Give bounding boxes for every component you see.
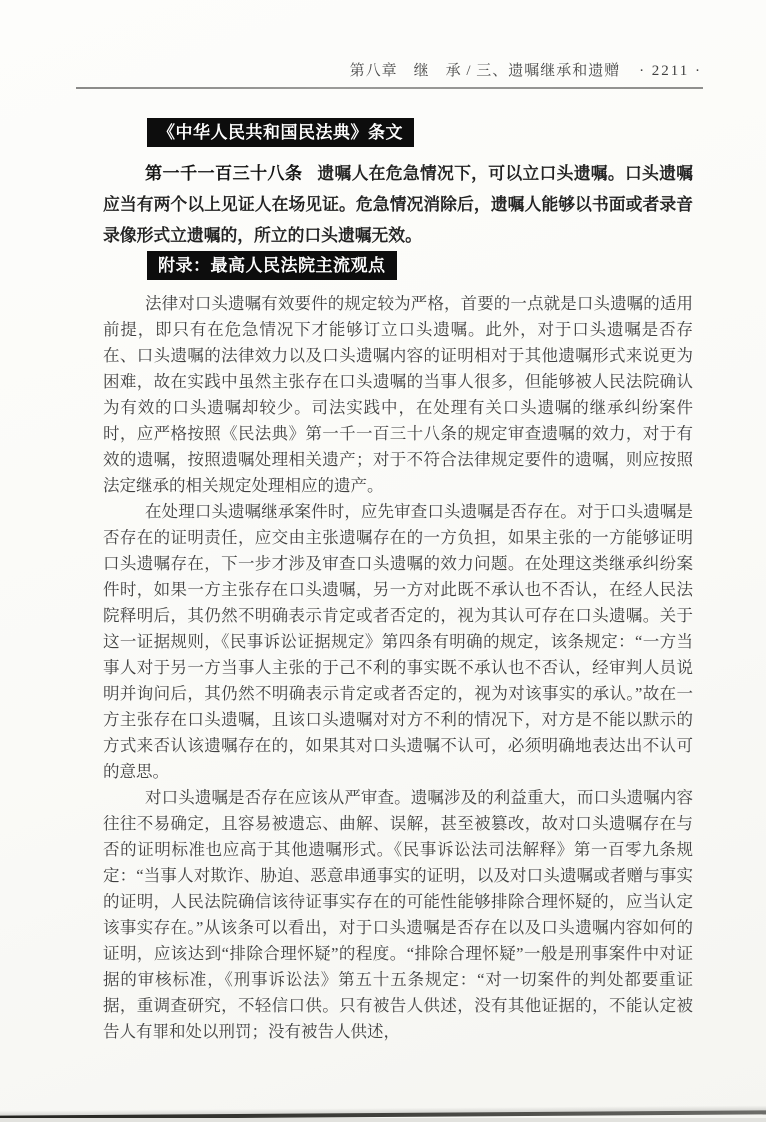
running-header: 第八章 继 承 / 三、遗嘱继承和遗赠 · 2211 ·	[78, 59, 702, 80]
scanned-page: 第八章 继 承 / 三、遗嘱继承和遗赠 · 2211 · 《中华人民共和国民法典…	[0, 0, 766, 1122]
chapter-title: 第八章 继 承 / 三、遗嘱继承和遗赠	[350, 63, 621, 79]
header-rule	[76, 87, 703, 89]
appendix-paragraph-3: 对口头遗嘱是否存在应该从严审查。遗嘱涉及的利益重大，而口头遗嘱内容往往不易确定，…	[103, 785, 693, 1045]
appendix-paragraph-1: 法律对口头遗嘱有效要件的规定较为严格，首要的一点就是口头遗嘱的适用前提，即只有在…	[103, 291, 693, 499]
appendix-banner: 附录：最高人民法院主流观点	[147, 251, 397, 280]
article-paragraph: 第一千一百三十八条遗嘱人在危急情况下，可以立口头遗嘱。口头遗嘱应当有两个以上见证…	[103, 158, 693, 251]
appendix-paragraph-2: 在处理口头遗嘱继承案件时，应先审查口头遗嘱是否存在。对于口头遗嘱是否存在的证明责…	[103, 499, 693, 785]
page-number: · 2211 ·	[639, 63, 702, 79]
statute-banner: 《中华人民共和国民法典》条文	[147, 118, 414, 147]
article-number: 第一千一百三十八条	[145, 163, 302, 183]
content-column: 《中华人民共和国民法典》条文 第一千一百三十八条遗嘱人在危急情况下，可以立口头遗…	[103, 118, 693, 1045]
appendix-body: 法律对口头遗嘱有效要件的规定较为严格，首要的一点就是口头遗嘱的适用前提，即只有在…	[103, 291, 693, 1045]
scan-background-strip	[0, 1118, 766, 1122]
